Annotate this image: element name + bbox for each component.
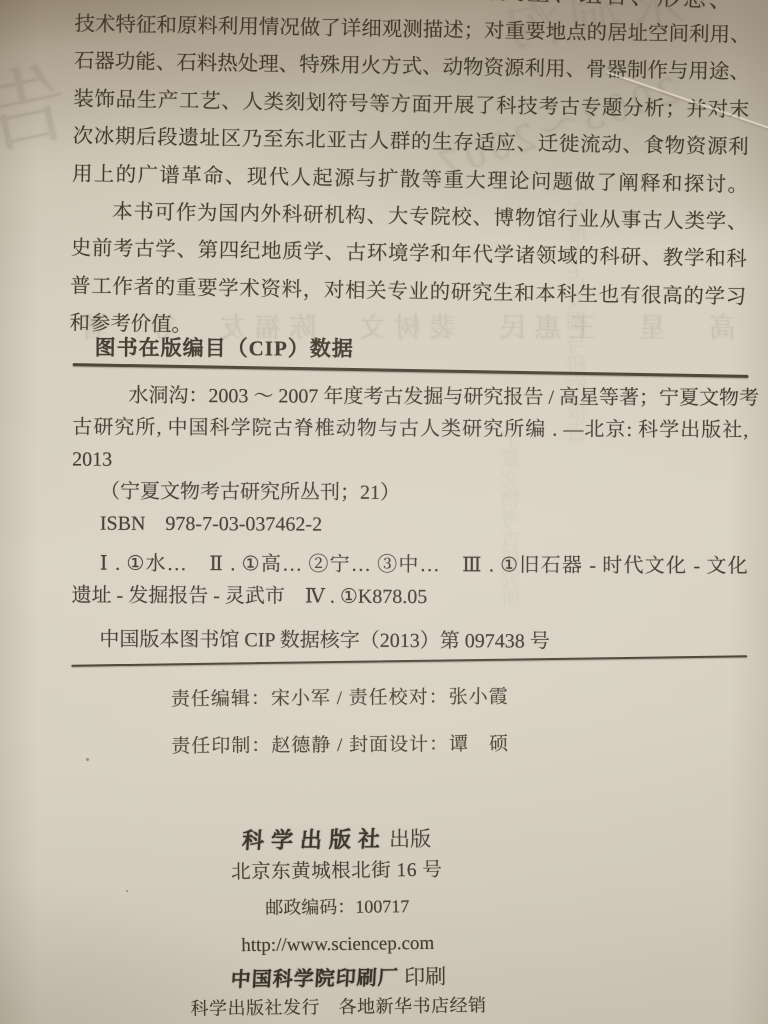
cip-record-number: 中国版本图书馆 CIP 数据核字（2013）第 097438 号 [71, 623, 747, 658]
cip-entry-line: 水洞沟：2003 ～ 2007 年度考古发掘与研究报告 / 高星等著；宁夏文物考 [72, 379, 748, 414]
editorial-credits: 责任编辑：宋小军 / 责任校对：张小霞 责任印制：赵德静 / 封面设计：谭 硕 [140, 684, 541, 759]
postal-code: 邮政编码：100717 [100, 893, 575, 921]
cip-entry-year: 2013 [72, 443, 748, 478]
published-by-suffix: 出版 [389, 827, 431, 852]
publisher-block: 科学出版社出版 北京东黄城根北街 16 号 邮政编码：100717 http:/… [99, 823, 576, 1022]
cip-entry-line: 古研究所, 中国科学院古脊椎动物与古人类研究所编 . —北京: 科学出版社, [72, 411, 748, 446]
cip-heading: 图书在版编目（CIP）数据 [73, 335, 749, 364]
book-copyright-page-photo: 告 水洞沟 2003～2007 高 星 王惠民 裴树文 陈福友 等 著 年度考古… [0, 0, 768, 1024]
printing-cover-design-line: 责任印制：赵德静 / 封面设计：谭 硕 [140, 731, 540, 759]
printer-logotype: 中国科学院印刷厂 [229, 964, 399, 994]
dust-speck [126, 890, 128, 892]
isbn-line: ISBN 978-7-03-037462-2 [72, 507, 748, 542]
bleed-through-report-character: 告 [0, 32, 78, 171]
editor-proofreader-line: 责任编辑：宋小军 / 责任校对：张小霞 [140, 684, 540, 712]
printed-by-suffix: 印刷 [404, 965, 446, 990]
classification-line: Ⅰ . ①水… Ⅱ . ①高… ②宁… ③中… Ⅲ . ①旧石器 - 时代文化 … [72, 547, 748, 582]
classification-line: 遗址 - 发掘报告 - 灵武市 Ⅳ . ①K878.05 [72, 579, 748, 614]
publisher-imprint-line: 科学出版社出版 [99, 823, 574, 857]
dust-speck [86, 758, 89, 761]
intro-paragraphs: 号）的类型、组合、形态、 技术特征和原料利用情况做了详细观测描述；对重要地点的居… [69, 6, 750, 354]
cip-data-block: 图书在版编目（CIP）数据 水洞沟：2003 ～ 2007 年度考古发掘与研究报… [71, 335, 748, 664]
publisher-website: http://www.sciencep.com [100, 931, 575, 959]
cip-body: 水洞沟：2003 ～ 2007 年度考古发掘与研究报告 / 高星等著；宁夏文物考… [71, 379, 748, 658]
science-press-logotype: 科学出版社 [241, 825, 388, 855]
divider-rule [71, 655, 747, 667]
series-note: （宁夏文物考古研究所丛刊；21） [72, 475, 748, 510]
divider-rule [73, 363, 749, 377]
distribution-line: 科学出版社发行 各地新华书店经销 [101, 992, 576, 1022]
printer-imprint-line: 中国科学院印刷厂印刷 [101, 961, 576, 996]
publisher-address: 北京东黄城根北街 16 号 [99, 857, 574, 887]
